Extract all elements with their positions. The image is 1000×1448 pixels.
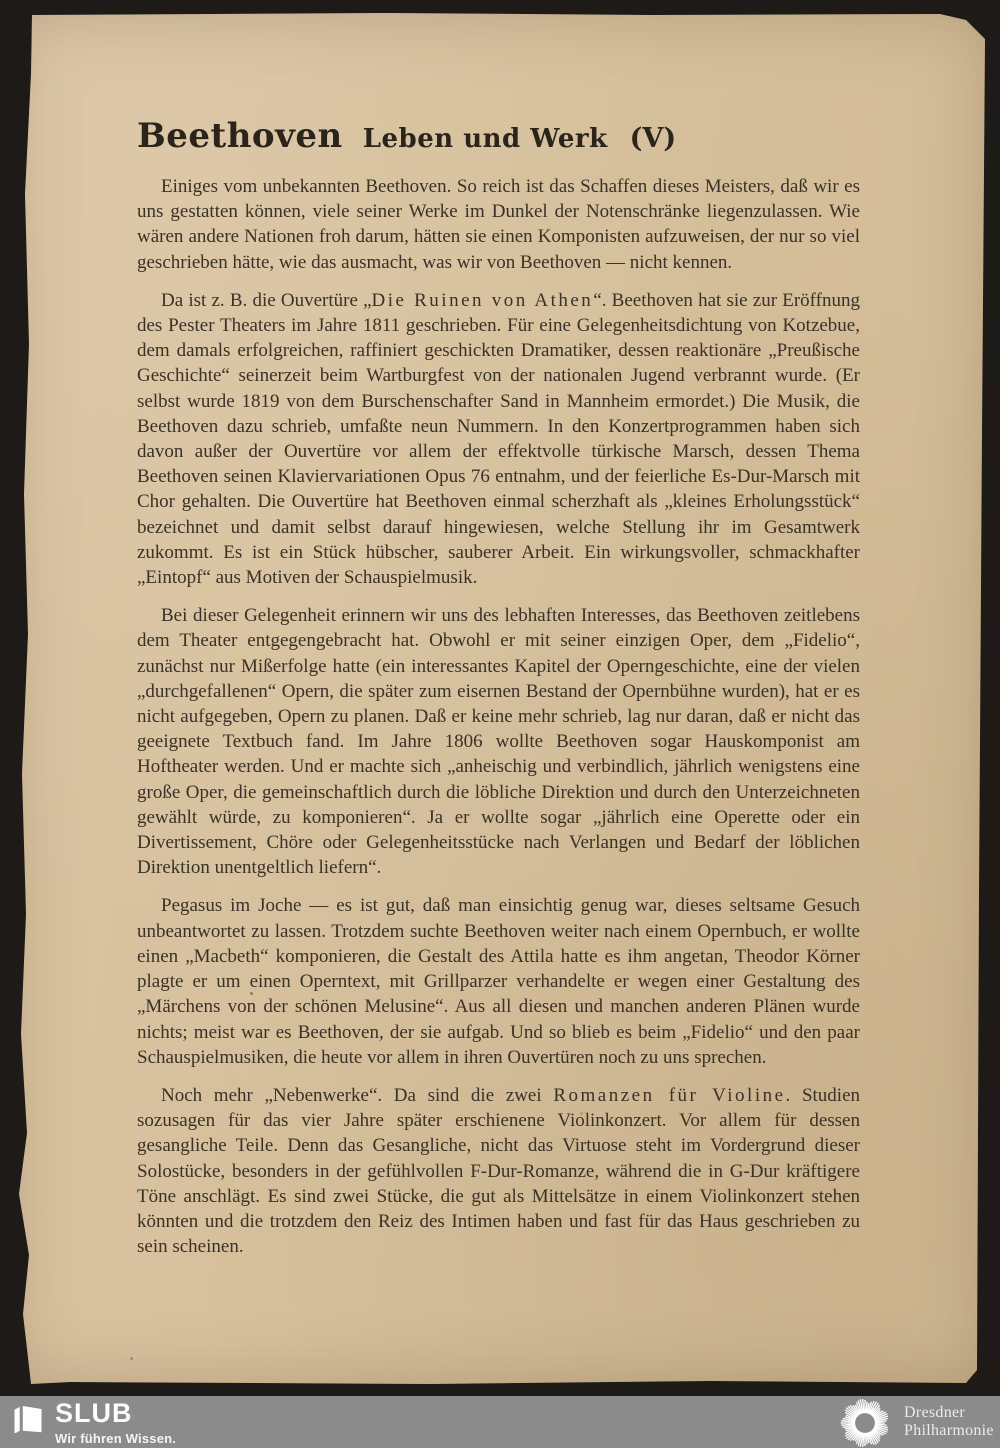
- paragraph-4: Pegasus im Joche — es ist gut, daß man e…: [137, 893, 860, 1069]
- letterspaced-phrase: Romanzen für Violine: [553, 1085, 785, 1106]
- text-segment: Noch mehr „Nebenwerke“. Da sind die zwei: [161, 1085, 553, 1106]
- text-segment: Da ist z. B. die Ouvertüre „: [161, 290, 372, 311]
- title-main: Beethoven: [137, 116, 343, 156]
- sunburst-icon: [838, 1396, 892, 1448]
- slub-name: SLUB: [55, 1400, 176, 1426]
- letterspaced-phrase: Die Ruinen von Athen: [372, 290, 594, 311]
- slub-tagline: Wir führen Wissen.: [55, 1431, 176, 1446]
- text-segment: Pegasus im Joche — es ist gut, daß man e…: [137, 895, 860, 1067]
- philharmonie-line1: Dresdner: [904, 1404, 994, 1422]
- title-part-number: (V): [630, 123, 677, 154]
- paragraph-2: Da ist z. B. die Ouvertüre „Die Ruinen v…: [137, 288, 860, 590]
- paragraph-1: Einiges vom unbekannten Beethoven. So re…: [137, 174, 860, 275]
- open-book-icon: [13, 1403, 43, 1433]
- text-segment: “. Beethoven hat sie zur Eröffnung des P…: [137, 290, 860, 588]
- document-page: Beethoven Leben und Werk (V) Einiges vom…: [10, 12, 990, 1386]
- paragraph-5: Noch mehr „Nebenwerke“. Da sind die zwei…: [137, 1083, 860, 1259]
- scan-background: Beethoven Leben und Werk (V) Einiges vom…: [0, 0, 1000, 1448]
- philharmonie-line2: Philharmonie: [904, 1422, 994, 1440]
- text-segment: Einiges vom unbekannten Beethoven. So re…: [137, 176, 860, 273]
- text-segment: Bei dieser Gelegenheit erinnern wir uns …: [137, 605, 860, 878]
- slub-text-block: SLUB Wir führen Wissen.: [55, 1400, 176, 1446]
- article-body: Einiges vom unbekannten Beethoven. So re…: [137, 174, 860, 1259]
- slub-brand: SLUB Wir führen Wissen.: [13, 1400, 176, 1446]
- page-content: Beethoven Leben und Werk (V) Einiges vom…: [137, 116, 860, 1272]
- text-segment: . Studien sozusagen für das vier Jahre s…: [137, 1085, 860, 1257]
- philharmonie-brand: Dresdner Philharmonie: [838, 1396, 994, 1448]
- title-subtitle: Leben und Werk: [363, 124, 608, 154]
- page-title: Beethoven Leben und Werk (V): [137, 116, 860, 156]
- footer-bar: SLUB Wir führen Wissen. Dresdner Philhar…: [0, 1396, 1000, 1448]
- philharmonie-name: Dresdner Philharmonie: [904, 1404, 994, 1440]
- paragraph-3: Bei dieser Gelegenheit erinnern wir uns …: [137, 603, 860, 880]
